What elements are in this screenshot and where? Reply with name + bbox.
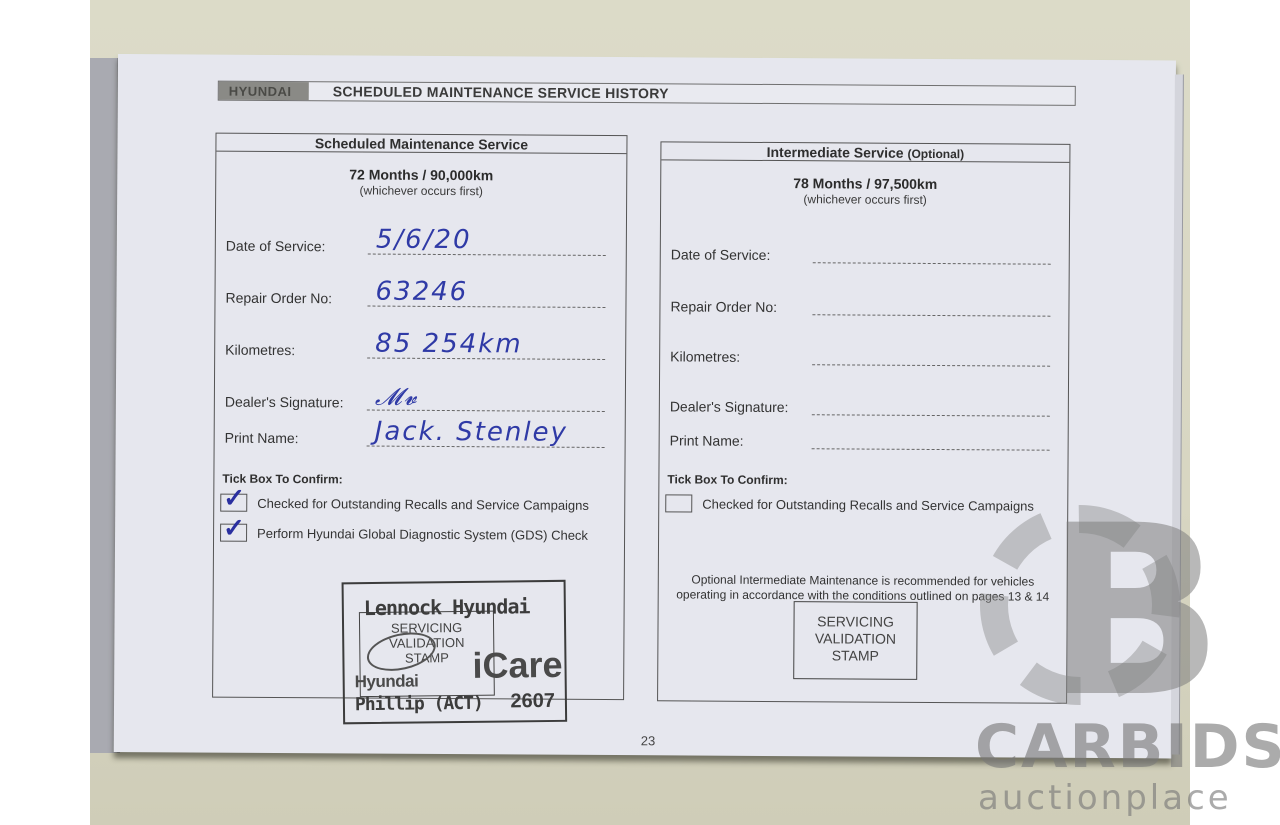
repair-order-field[interactable]: Repair Order No: 63246 [225,278,605,310]
handwritten-value: 85 254km [375,329,523,360]
date-of-service-field[interactable]: Date of Service: 5/6/20 [226,226,606,258]
stamp-text: SERVICING [794,613,916,631]
validation-stamp-box: SERVICING VALIDATION STAMP [793,601,917,680]
checkbox[interactable] [665,494,692,512]
field-label: Date of Service: [226,238,326,255]
field-label: Kilometres: [670,348,740,364]
recall-check-row[interactable]: Checked for Outstanding Recalls and Serv… [665,494,1034,514]
tick-icon: ✓ [223,483,245,514]
page-title: SCHEDULED MAINTENANCE SERVICE HISTORY [309,83,669,101]
gds-check-row[interactable]: ✓ Perform Hyundai Global Diagnostic Syst… [220,524,588,544]
interval-note: (whichever occurs first) [661,191,1069,207]
handwritten-value: Jack. Stenley [375,417,568,448]
print-name-field[interactable]: Print Name: Jack. Stenley [225,418,605,450]
checkbox[interactable]: ✓ [220,524,247,542]
handwritten-value: 5/6/20 [376,225,472,256]
dealer-signature-field[interactable]: Dealer's Signature: [670,386,1050,418]
checkbox-label: Perform Hyundai Global Diagnostic System… [257,525,588,542]
field-label: Kilometres: [225,342,295,358]
field-label: Repair Order No: [225,290,332,307]
heading-optional: (Optional) [907,147,964,161]
dealer-postcode: 2607 [510,690,555,714]
page-number: 23 [641,733,656,748]
tick-box-title: Tick Box To Confirm: [667,472,787,487]
page-header: HYUNDAI SCHEDULED MAINTENANCE SERVICE HI… [218,81,1076,106]
panel-heading: Scheduled Maintenance Service [216,134,626,155]
handwritten-value: 63246 [375,277,468,308]
checkbox-label: Checked for Outstanding Recalls and Serv… [257,495,589,512]
recall-check-row[interactable]: ✓ Checked for Outstanding Recalls and Se… [220,494,589,514]
stamp-text: VALIDATION [794,630,916,648]
interval-note: (whichever occurs first) [216,183,626,200]
interval-value: 78 Months / 97,500km [661,174,1069,192]
date-of-service-field[interactable]: Date of Service: [671,234,1051,266]
panel-heading: Intermediate Service (Optional) [661,142,1069,162]
field-line [813,262,1051,264]
dealer-name: Lennock Hyundai [364,594,530,620]
field-label: Repair Order No: [670,298,777,315]
print-name-field[interactable]: Print Name: [670,420,1050,452]
stamp-text: SERVICING [360,620,493,637]
field-label: Date of Service: [671,246,771,263]
tick-icon: ✓ [223,513,245,544]
field-line [812,414,1050,416]
field-line [812,448,1050,450]
kilometres-field[interactable]: Kilometres: [670,336,1050,368]
program-brand: Hyundai [355,671,419,692]
field-label: Dealer's Signature: [670,398,789,415]
kilometres-field[interactable]: Kilometres: 85 254km [225,330,605,362]
dealer-location: Phillip (ACT) [355,693,483,715]
field-label: Dealer's Signature: [225,394,344,411]
checkbox-label: Checked for Outstanding Recalls and Serv… [702,496,1034,513]
service-interval: 78 Months / 97,500km (whichever occurs f… [661,174,1069,207]
dealer-stamp: SERVICING VALIDATION STAMP Lennock Hyund… [342,580,568,725]
heading-text: Intermediate Service [767,144,904,161]
checkbox[interactable]: ✓ [220,494,247,512]
brand-label: HYUNDAI [219,82,309,101]
field-label: Print Name: [225,430,299,446]
program-name: iCare [472,644,563,687]
fingerprint-logo-icon [980,505,1180,705]
stamp-text: STAMP [794,647,916,665]
dealer-signature-field[interactable]: Dealer's Signature: 𝓜𝓿 [225,382,605,414]
interval-value: 72 Months / 90,000km [216,166,626,185]
field-line [812,364,1050,366]
field-line [812,314,1050,316]
signature-scribble: 𝓜𝓿 [375,383,419,411]
field-label: Print Name: [670,432,744,448]
repair-order-field[interactable]: Repair Order No: [670,286,1050,318]
service-interval: 72 Months / 90,000km (whichever occurs f… [216,166,626,200]
